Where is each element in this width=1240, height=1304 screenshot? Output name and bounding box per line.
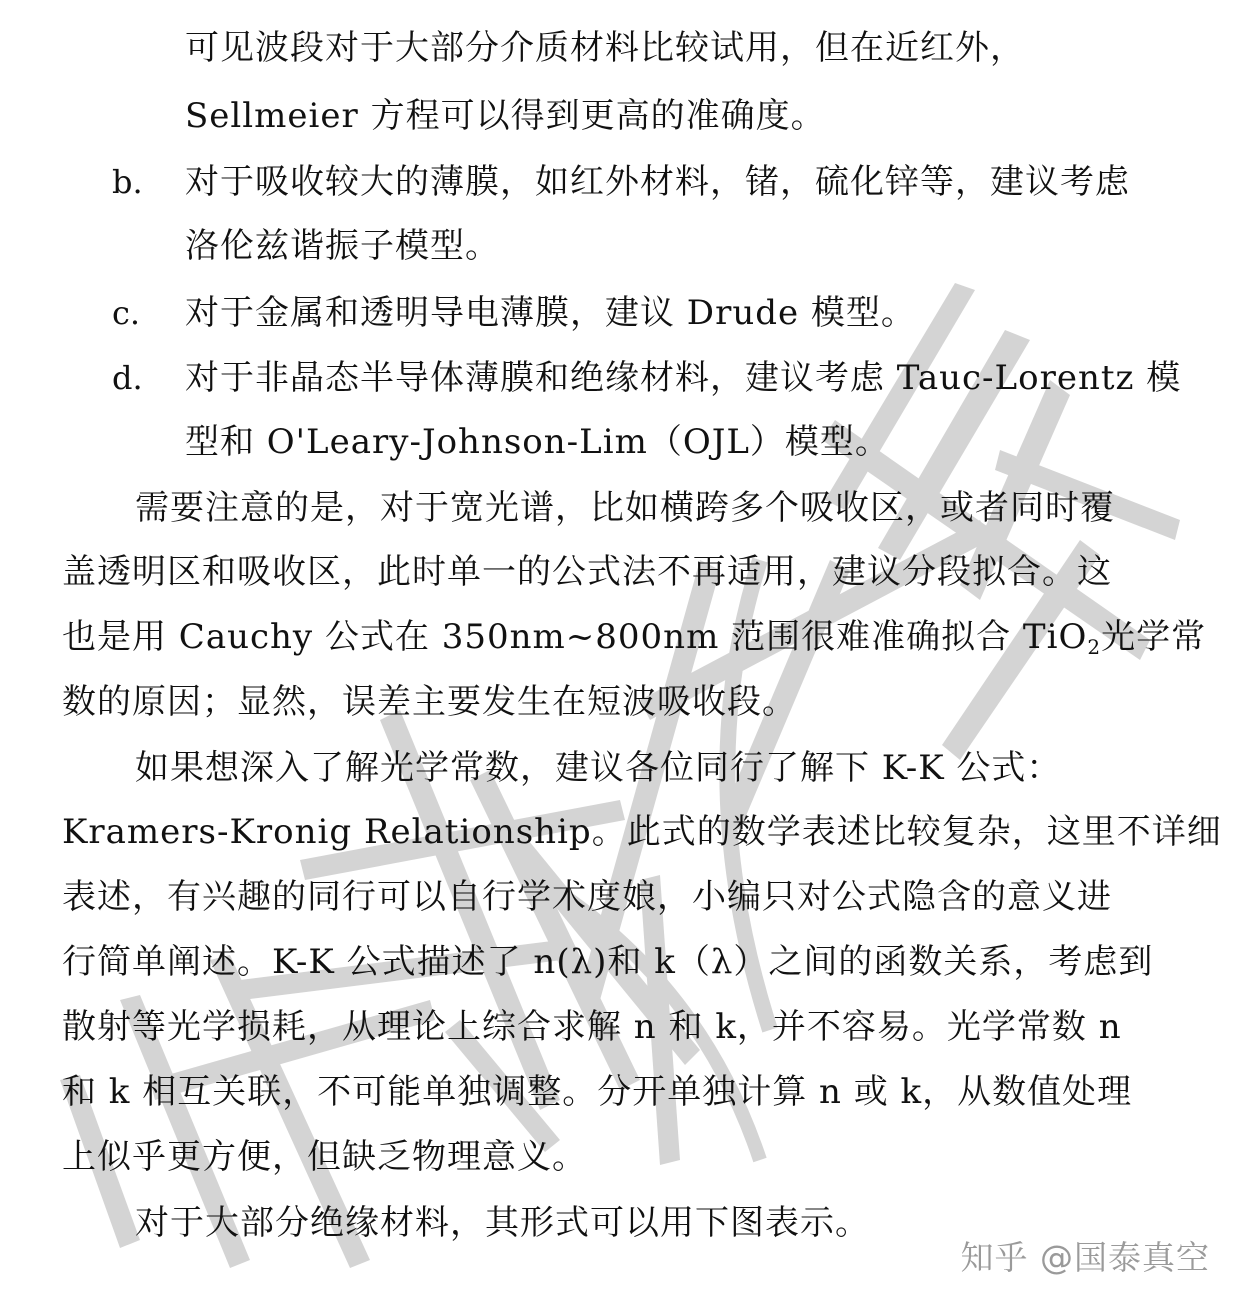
paragraph-2-line-7: 上似乎更方便，但缺乏物理意义。 (62, 1137, 587, 1177)
paragraph-2-line-2: Kramers-Kronig Relationship。此式的数学表述比较复杂，… (62, 812, 1222, 852)
zhihu-watermark: 知乎 @国泰真空 (961, 1232, 1211, 1279)
list-label-d: d. (112, 358, 143, 398)
paragraph-1-line-2: 盖透明区和吸收区，此时单一的公式法不再适用，建议分段拟合。这 (62, 552, 1112, 592)
paragraph-1-line-1: 需要注意的是，对于宽光谱，比如横跨多个吸收区，或者同时覆 (135, 488, 1115, 528)
list-item-d-line-1: 对于非晶态半导体薄膜和绝缘材料，建议考虑 Tauc-Lorentz 模 (185, 358, 1181, 398)
paragraph-2-line-5: 散射等光学损耗，从理论上综合求解 n 和 k，并不容易。光学常数 n (62, 1007, 1122, 1047)
list-item-c-line-1: 对于金属和透明导电薄膜，建议 Drude 模型。 (185, 293, 916, 333)
paragraph-2-line-1: 如果想深入了解光学常数，建议各位同行了解下 K-K 公式： (135, 748, 1061, 788)
list-item-d-line-2: 型和 O'Leary-Johnson-Lim（OJL）模型。 (185, 422, 890, 462)
subscript-2: 2 (1087, 635, 1101, 659)
paragraph-1-line-3: 也是用 Cauchy 公式在 350nm~800nm 范围很难准确拟合 TiO2… (62, 617, 1206, 657)
list-label-b: b. (112, 162, 143, 202)
list-item-b-line-2: 洛伦兹谐振子模型。 (185, 226, 500, 266)
list-item-b-line-1: 对于吸收较大的薄膜，如红外材料，锗，硫化锌等，建议考虑 (185, 162, 1130, 202)
paragraph-2-line-6: 和 k 相互关联，不可能单独调整。分开单独计算 n 或 k，从数值处理 (62, 1072, 1132, 1112)
paragraph-2-line-3: 表述，有兴趣的同行可以自行学术度娘，小编只对公式隐含的意义进 (62, 877, 1112, 917)
paragraph-1-line-3-text: 也是用 Cauchy 公式在 350nm~800nm 范围很难准确拟合 TiO (62, 617, 1087, 657)
list-item-a-line-1: 可见波段对于大部分介质材料比较试用，但在近红外， (185, 28, 1025, 68)
list-item-a-line-2: Sellmeier 方程可以得到更高的准确度。 (185, 96, 826, 136)
paragraph-1-line-3-tail: 光学常 (1101, 617, 1206, 657)
list-label-c: c. (112, 293, 140, 333)
paragraph-3-line-1: 对于大部分绝缘材料，其形式可以用下图表示。 (135, 1203, 870, 1243)
paragraph-2-line-4: 行简单阐述。K-K 公式描述了 n(λ)和 k（λ）之间的函数关系，考虑到 (62, 942, 1153, 982)
paragraph-1-line-4: 数的原因；显然，误差主要发生在短波吸收段。 (62, 682, 797, 722)
